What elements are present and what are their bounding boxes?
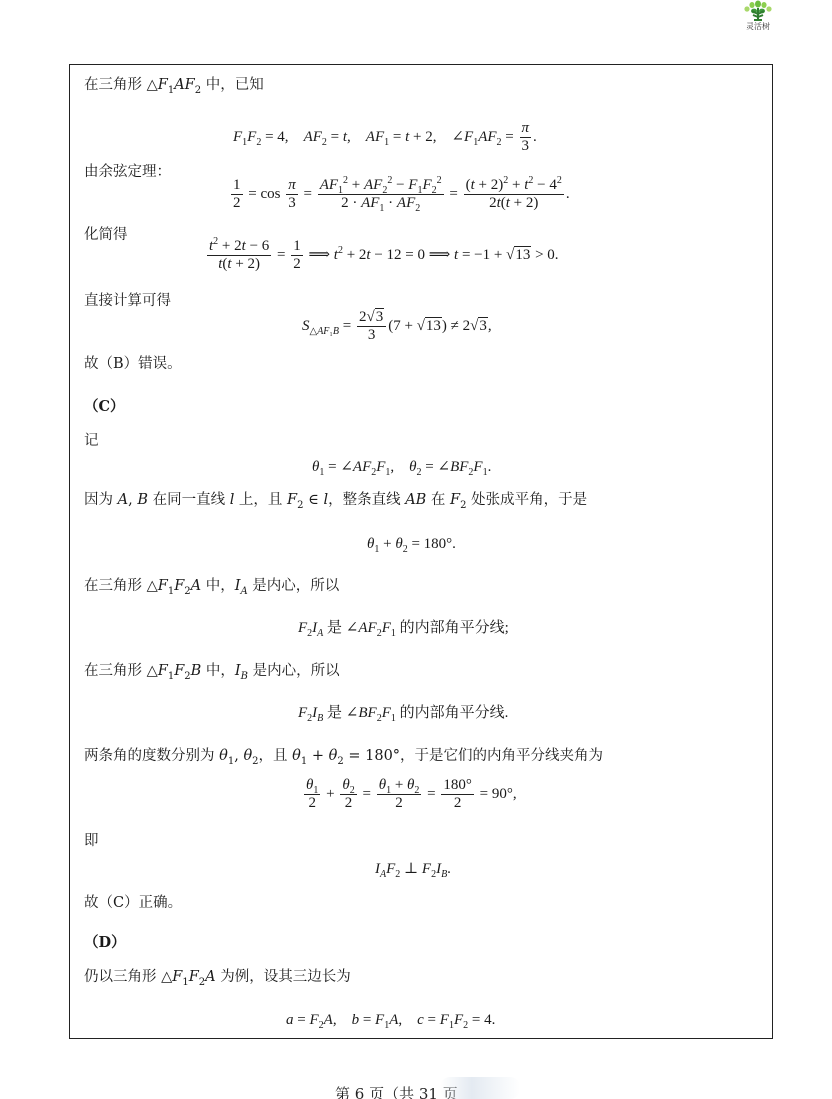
text-line-incenter-b: 在三角形 △F1F2B 中，IB 是内心，所以 [84,662,340,680]
equation-simplify: t2 + 2t − 6t(t + 2) = 12 ⟹ t2 + 2t − 12 … [205,238,559,273]
solution-box: 在三角形 △F1AF2 中，已知 F1F2 = 4, AF2 = t, AF1 … [69,64,773,1039]
equation-half-angles: θ12 + θ22 = θ1 + θ22 = 180°2 = 90°, [302,777,517,812]
text-line-incenter-a: 在三角形 △F1F2A 中，IA 是内心，所以 [84,577,339,595]
equation-sides: a = F2A, b = F1A, c = F1F2 = 4. [286,1011,495,1029]
section-heading-c: （C） [84,398,125,416]
equation-bisector-a: F2IA 是 ∠AF2F1 的内部角平分线; [298,619,509,637]
section-heading-d: （D） [84,934,126,952]
equation-perpendicular: IAF2 ⊥ F2IB. [375,860,451,878]
text-line-side-lengths: 仍以三角形 △F1F2A 为例，设其三边长为 [84,968,351,986]
logo-text: 灵活树 [740,22,776,31]
text-line-angle-degrees: 两条角的度数分别为 θ1, θ2，且 θ1 + θ2 = 180°，于是它们的内… [84,747,603,765]
text-line-direct-compute: 直接计算可得 [84,292,171,310]
text-line-simplify: 化简得 [84,226,128,244]
text-line-collinear: 因为 A, B 在同一直线 l 上，且 F2 ∈ l，整条直线 AB 在 F2 … [84,491,587,509]
text-line-denote: 记 [84,432,99,450]
equation-bisector-b: F2IB 是 ∠BF2F1 的内部角平分线. [298,704,508,722]
scan-artifact [440,1077,520,1099]
equation-theta-sum: θ1 + θ2 = 180°. [367,535,456,553]
equation-cosine-law: 12 = cos π3 = AF12 + AF22 − F1F222 · AF1… [229,177,570,212]
text-line-b-wrong: 故（B）错误。 [84,355,182,373]
equation-given: F1F2 = 4, AF2 = t, AF1 = t + 2, ∠F1AF2 =… [233,120,537,155]
text-line-triangle-given: 在三角形 △F1AF2 中，已知 [84,76,264,94]
tree-icon [742,0,774,22]
brand-logo: 灵活树 [740,0,776,31]
text-line-c-correct: 故（C）正确。 [84,894,182,912]
text-line-ie: 即 [84,832,99,850]
equation-theta-def: θ1 = ∠AF2F1, θ2 = ∠BF2F1. [312,458,491,476]
equation-area: S△AF₁B = 2√33(7 + √13) ≠ 2√3, [302,309,492,344]
text-line-cosine-law: 由余弦定理： [84,163,171,181]
